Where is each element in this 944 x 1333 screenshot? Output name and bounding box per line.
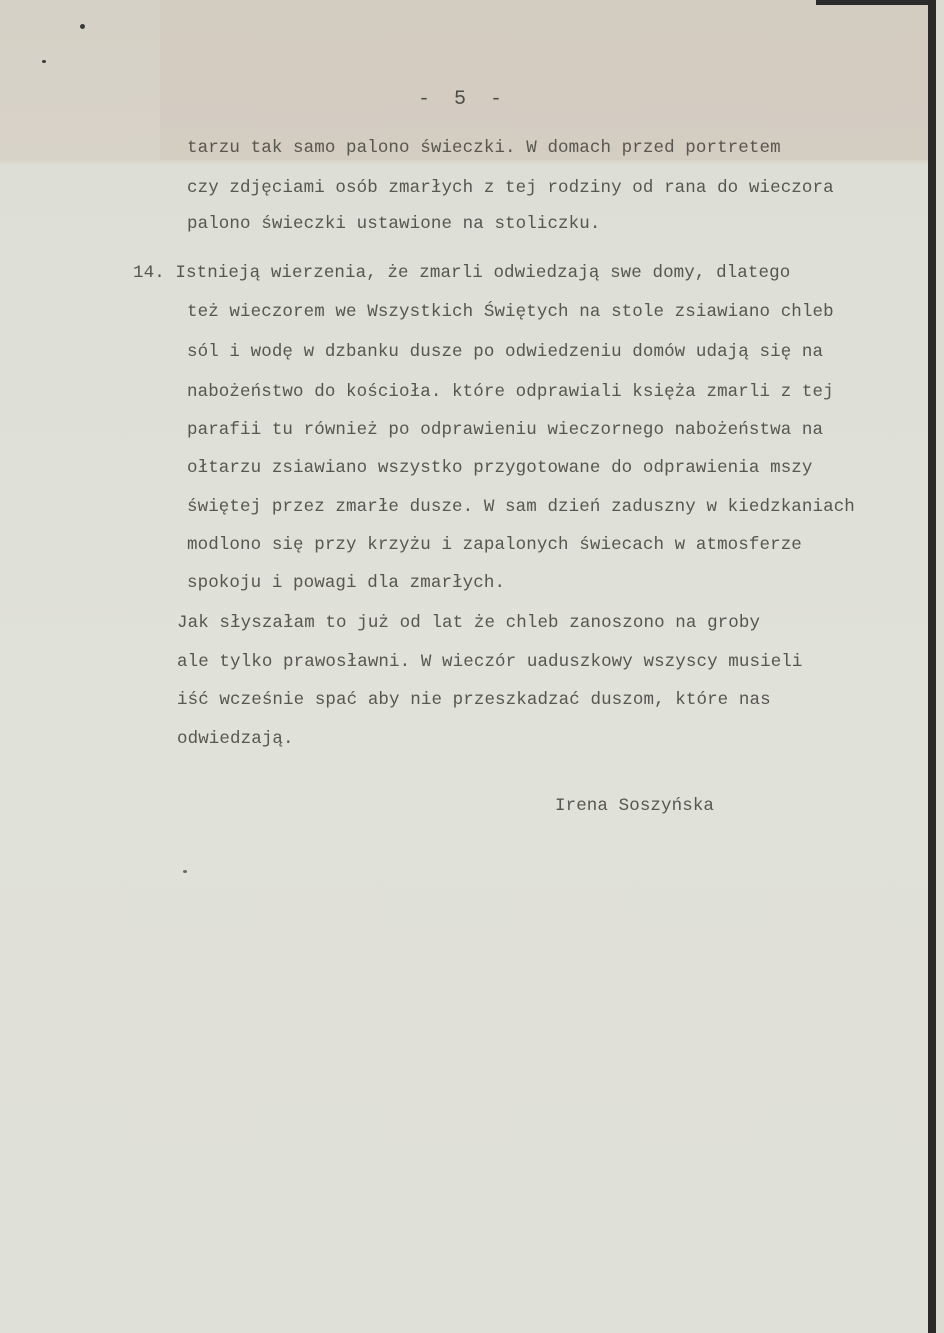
ink-speck <box>183 870 187 873</box>
paper-discoloration <box>160 0 936 160</box>
scan-edge-top <box>816 0 936 5</box>
ink-speck <box>80 24 85 29</box>
ink-speck <box>42 60 46 63</box>
page-number: - 5 - <box>418 88 508 111</box>
text-line: tarzu tak samo palono świeczki. W domach… <box>187 138 781 158</box>
text-line: spokoju i powagi dla zmarłych. <box>187 573 505 593</box>
text-line: nabożeństwo do kościoła. które odprawial… <box>187 382 834 402</box>
text-line: palono świeczki ustawione na stoliczku. <box>187 214 600 234</box>
text-line: też wieczorem we Wszystkich Świętych na … <box>187 302 834 322</box>
text-line: odwiedzają. <box>177 729 294 749</box>
text-line: ale tylko prawosławni. W wieczór uaduszk… <box>177 652 803 672</box>
text-line: czy zdjęciami osób zmarłych z tej rodzin… <box>187 178 834 198</box>
document-page: - 5 - tarzu tak samo palono świeczki. W … <box>0 0 936 1333</box>
scan-edge-right <box>928 0 936 1333</box>
text-line: Jak słyszałam to już od lat że chleb zan… <box>177 613 760 633</box>
author-signature: Irena Soszyńska <box>555 796 714 816</box>
text-line: parafii tu również po odprawieniu wieczo… <box>187 420 823 440</box>
text-line: sól i wodę w dzbanku dusze po odwiedzeni… <box>187 342 823 362</box>
text-line: modlono się przy krzyżu i zapalonych świ… <box>187 535 802 555</box>
text-line: ołtarzu zsiawiano wszystko przygotowane … <box>187 458 813 478</box>
text-line: iść wcześnie spać aby nie przeszkadzać d… <box>177 690 771 710</box>
text-line: świętej przez zmarłe dusze. W sam dzień … <box>187 497 855 517</box>
text-line: 14. Istnieją wierzenia, że zmarli odwied… <box>133 263 790 283</box>
